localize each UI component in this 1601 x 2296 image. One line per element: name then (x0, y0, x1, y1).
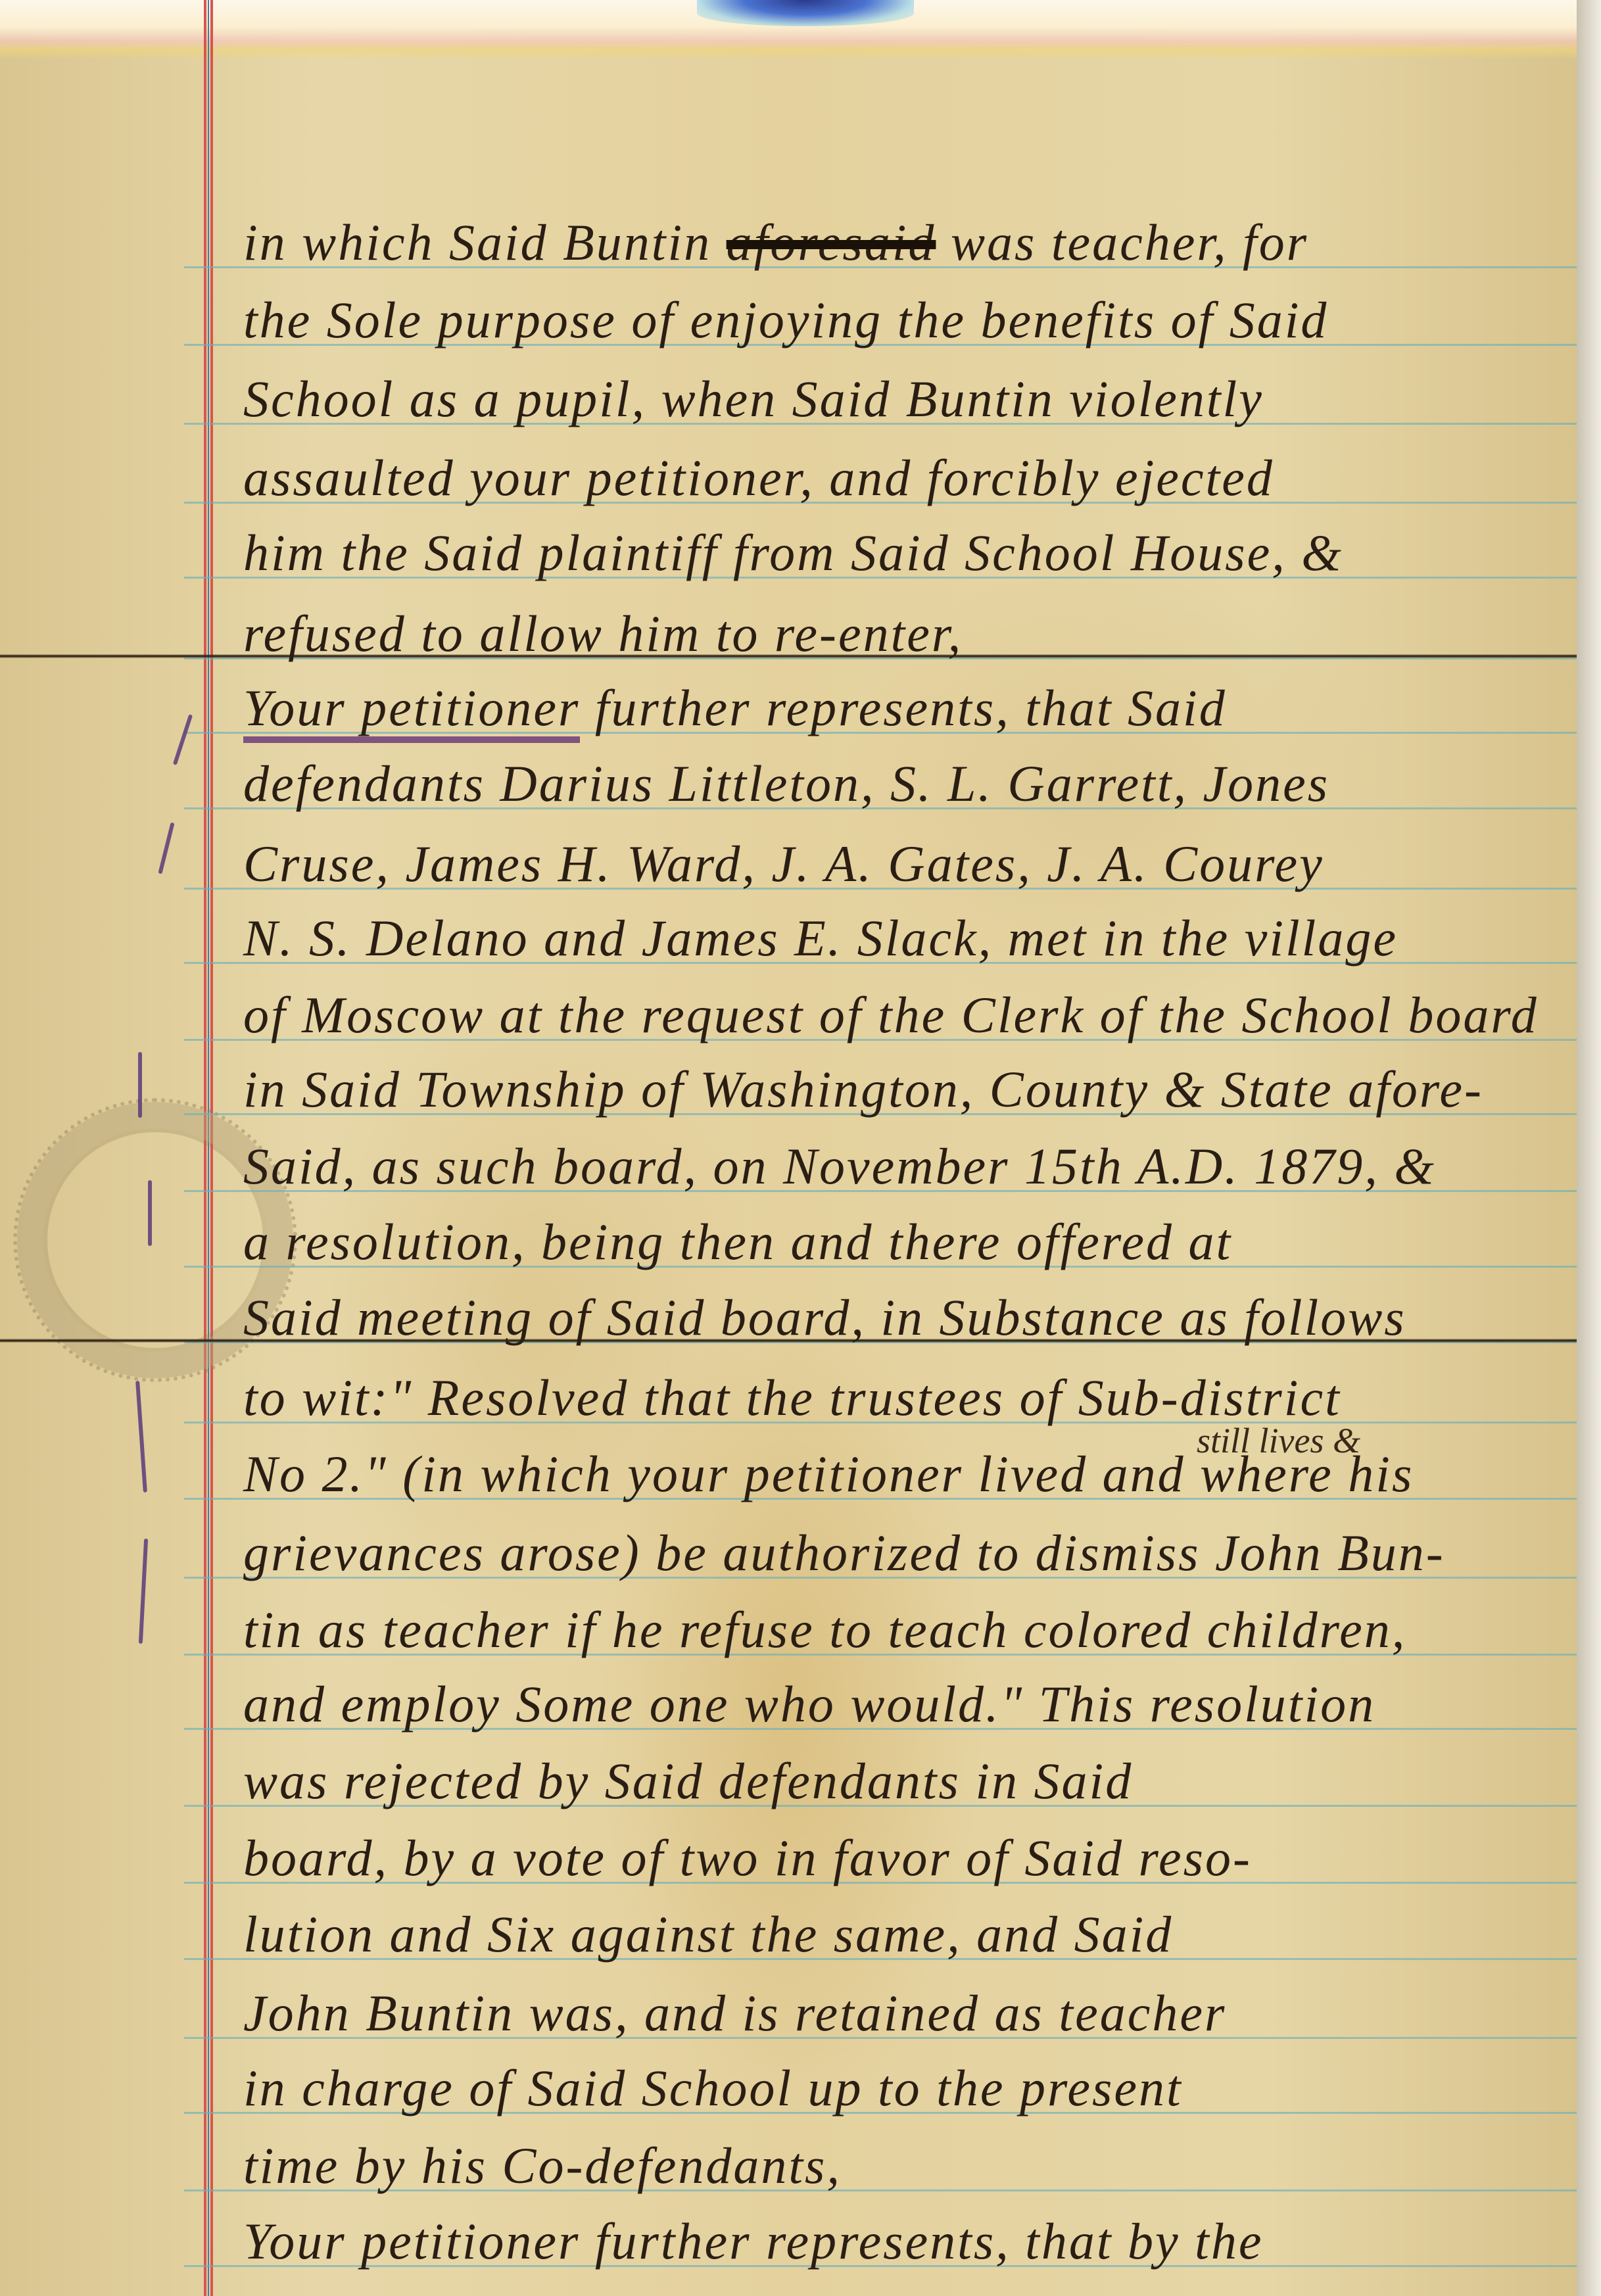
text-line: in charge of Said School up to the prese… (243, 2063, 1183, 2114)
text-line: defendants Darius Littleton, S. L. Garre… (243, 758, 1329, 809)
text-line: Said, as such board, on November 15th A.… (243, 1141, 1436, 1192)
text-line: to wit:" Resolved that the trustees of S… (243, 1372, 1341, 1423)
scanner-background (1577, 0, 1601, 2296)
margin-mark (139, 1539, 148, 1644)
text-line: him the Said plaintiff from Said School … (243, 527, 1343, 579)
underlined-phrase: Your petitioner (243, 679, 580, 743)
text-line: lution and Six against the same, and Sai… (243, 1909, 1173, 1960)
document-page: in which Said Buntin aforesaid was teach… (0, 0, 1579, 2296)
struck-word: aforesaid (727, 214, 936, 271)
text-line: tin as teacher if he refuse to teach col… (243, 1604, 1406, 1656)
text-line: board, by a vote of two in favor of Said… (243, 1832, 1252, 1884)
margin-mark (173, 714, 193, 765)
text-line: grievances arose) be authorized to dismi… (243, 1527, 1445, 1579)
margin-mark (135, 1381, 147, 1493)
text-line: Your petitioner further represents, that… (243, 2216, 1263, 2267)
text-line: John Buntin was, and is retained as teac… (243, 1988, 1226, 2039)
text-line: of Moscow at the request of the Clerk of… (243, 990, 1539, 1041)
margin-mark (158, 822, 174, 874)
text-line: Your petitioner further represents, that… (243, 682, 1227, 734)
text-line: Cruse, James H. Ward, J. A. Gates, J. A.… (243, 838, 1324, 890)
text-line: a resolution, being then and there offer… (243, 1216, 1232, 1268)
text-line: in which Said Buntin aforesaid was teach… (243, 217, 1308, 268)
scan-artifact (697, 0, 914, 26)
text-line: the Sole purpose of enjoying the benefit… (243, 295, 1328, 346)
margin-mark (148, 1180, 152, 1246)
text-line: was rejected by Said defendants in Said (243, 1756, 1133, 1807)
text-line: School as a pupil, when Said Buntin viol… (243, 373, 1264, 425)
text-line: and employ Some one who would." This res… (243, 1679, 1375, 1730)
text-line: N. S. Delano and James E. Slack, met in … (243, 913, 1398, 964)
margin-mark (138, 1052, 142, 1118)
text-line: Said meeting of Said board, in Substance… (243, 1292, 1406, 1343)
text-line: in Said Township of Washington, County &… (243, 1064, 1483, 1115)
text-line: assaulted your petitioner, and forcibly … (243, 452, 1274, 504)
text-line: time by his Co-defendants, (243, 2140, 842, 2191)
text-line: No 2." (in which your petitioner lived a… (243, 1448, 1414, 1500)
text-line: refused to allow him to re-enter, (243, 608, 963, 659)
